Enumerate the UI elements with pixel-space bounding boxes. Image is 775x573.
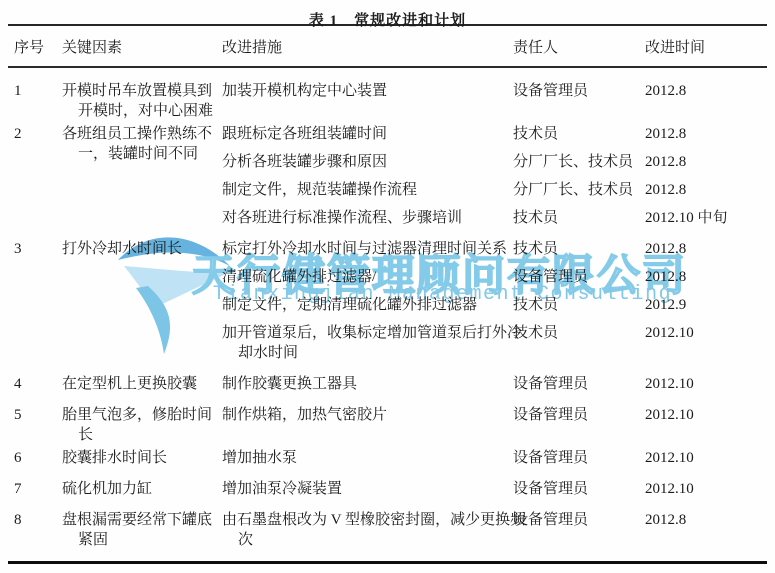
measure-text: 制作烘箱，加热气密胶片 xyxy=(222,405,513,425)
table-header-row: 序号 关键因素 改进措施 责任人 改进时间 xyxy=(8,24,767,68)
time: 2012.10 中旬 xyxy=(645,208,767,228)
factor-cell: 在定型机上更换胶囊 xyxy=(62,374,222,402)
table-row: 3打外冷却水时间长标定打外冷却水时间与过滤器清理时间关系技术员2012.8清理硫… xyxy=(14,239,767,371)
header-num: 序号 xyxy=(14,36,62,57)
table-row: 8盘根漏需要经常下罐底紧固由石墨盘根改为 V 型橡胶密封圈，减少更换频次设备管理… xyxy=(14,510,767,558)
factor-text: 硫化机加力缸 xyxy=(62,479,222,499)
measure-line: 对各班进行标准操作流程、步骤培训 xyxy=(222,208,513,228)
factor-text: 在定型机上更换胶囊 xyxy=(62,374,222,394)
responsible: 分厂厂长、技术员 xyxy=(513,152,645,172)
measure-text: 加开管道泵后，收集标定增加管道泵后打外冷却水时间 xyxy=(222,323,513,363)
measure-line: 加开管道泵后，收集标定增加管道泵后打外冷 xyxy=(222,323,513,343)
measure-row: 制定文件，规范装罐操作流程分厂厂长、技术员2012.8 xyxy=(222,180,767,200)
time: 2012.9 xyxy=(645,295,767,315)
responsible: 设备管理员 xyxy=(513,479,645,499)
factor-text: 打外冷却水时间长 xyxy=(62,239,222,259)
row-number: 4 xyxy=(14,374,62,402)
table-row: 6胶囊排水时间长增加抽水泵设备管理员2012.10 xyxy=(14,448,767,476)
measures-cell: 制作烘箱，加热气密胶片设备管理员2012.10 xyxy=(222,405,767,445)
measure-line: 制定文件，定期清理硫化罐外排过滤器 xyxy=(222,295,513,315)
table-row: 1开模时吊车放置模具到开模时，对中心困难加装开模机构定中心装置设备管理员2012… xyxy=(14,81,767,121)
header-factor: 关键因素 xyxy=(62,36,222,57)
measure-line: 加装开模机构定中心装置 xyxy=(222,81,513,101)
row-number: 7 xyxy=(14,479,62,507)
measure-line: 却水时间 xyxy=(222,343,513,363)
row-number: 3 xyxy=(14,239,62,371)
document-page: 天行健管理顾问有限公司 Tianxingjian Management Cons… xyxy=(0,0,775,573)
row-number: 5 xyxy=(14,405,62,445)
time: 2012.8 xyxy=(645,124,767,144)
measure-row: 加装开模机构定中心装置设备管理员2012.8 xyxy=(222,81,767,101)
measures-cell: 制作胶囊更换工器具设备管理员2012.10 xyxy=(222,374,767,402)
measure-line: 清理硫化罐外排过滤器/ xyxy=(222,267,513,287)
factor-cell: 胎里气泡多，修胎时间长 xyxy=(62,405,222,445)
measure-row: 制作烘箱，加热气密胶片设备管理员2012.10 xyxy=(222,405,767,425)
measure-row: 由石墨盘根改为 V 型橡胶密封圈，减少更换频次设备管理员2012.8 xyxy=(222,510,767,550)
measures-cell: 标定打外冷却水时间与过滤器清理时间关系技术员2012.8清理硫化罐外排过滤器/设… xyxy=(222,239,767,371)
measure-row: 制定文件，定期清理硫化罐外排过滤器技术员2012.9 xyxy=(222,295,767,315)
measure-row: 制作胶囊更换工器具设备管理员2012.10 xyxy=(222,374,767,394)
measure-line: 标定打外冷却水时间与过滤器清理时间关系 xyxy=(222,239,513,259)
responsible: 技术员 xyxy=(513,124,645,144)
responsible: 设备管理员 xyxy=(513,267,645,287)
measure-row: 增加抽水泵设备管理员2012.10 xyxy=(222,448,767,468)
measure-text: 分析各班装罐步骤和原因 xyxy=(222,152,513,172)
measure-text: 增加油泵冷凝装置 xyxy=(222,479,513,499)
factor-text: 盘根漏需要经常下罐底 xyxy=(62,510,222,530)
measure-text: 加装开模机构定中心装置 xyxy=(222,81,513,101)
measure-row: 清理硫化罐外排过滤器/设备管理员2012.8 xyxy=(222,267,767,287)
table-row: 4在定型机上更换胶囊制作胶囊更换工器具设备管理员2012.10 xyxy=(14,374,767,402)
measure-line: 增加油泵冷凝装置 xyxy=(222,479,513,499)
measure-line: 制作胶囊更换工器具 xyxy=(222,374,513,394)
table-row: 5胎里气泡多，修胎时间长制作烘箱，加热气密胶片设备管理员2012.10 xyxy=(14,405,767,445)
measure-line: 增加抽水泵 xyxy=(222,448,513,468)
time: 2012.10 xyxy=(645,323,767,363)
factor-text: 长 xyxy=(62,425,222,445)
table-row: 7硫化机加力缸增加油泵冷凝装置设备管理员2012.10 xyxy=(14,479,767,507)
measures-cell: 增加油泵冷凝装置设备管理员2012.10 xyxy=(222,479,767,507)
factor-text: 一，装罐时间不同 xyxy=(62,144,222,164)
table-title: 表 1 常规改进和计划 xyxy=(0,0,775,24)
factor-cell: 胶囊排水时间长 xyxy=(62,448,222,476)
measure-text: 制作胶囊更换工器具 xyxy=(222,374,513,394)
measures-cell: 由石墨盘根改为 V 型橡胶密封圈，减少更换频次设备管理员2012.8 xyxy=(222,510,767,558)
measure-text: 对各班进行标准操作流程、步骤培训 xyxy=(222,208,513,228)
header-measure: 改进措施 xyxy=(222,36,513,57)
row-number: 2 xyxy=(14,124,62,236)
measure-line: 次 xyxy=(222,530,513,550)
measure-text: 标定打外冷却水时间与过滤器清理时间关系 xyxy=(222,239,513,259)
measure-row: 加开管道泵后，收集标定增加管道泵后打外冷却水时间技术员2012.10 xyxy=(222,323,767,363)
responsible: 设备管理员 xyxy=(513,510,645,550)
measure-row: 跟班标定各班组装罐时间技术员2012.8 xyxy=(222,124,767,144)
time: 2012.8 xyxy=(645,267,767,287)
time: 2012.8 xyxy=(645,180,767,200)
table-row: 2各班组员工操作熟练不一，装罐时间不同跟班标定各班组装罐时间技术员2012.8分… xyxy=(14,124,767,236)
improvement-table: 序号 关键因素 改进措施 责任人 改进时间 1开模时吊车放置模具到开模时，对中心… xyxy=(8,24,767,564)
responsible: 技术员 xyxy=(513,295,645,315)
factor-text: 紧固 xyxy=(62,530,222,550)
measure-row: 分析各班装罐步骤和原因分厂厂长、技术员2012.8 xyxy=(222,152,767,172)
row-number: 1 xyxy=(14,81,62,121)
responsible: 设备管理员 xyxy=(513,448,645,468)
factor-cell: 盘根漏需要经常下罐底紧固 xyxy=(62,510,222,558)
factor-cell: 打外冷却水时间长 xyxy=(62,239,222,371)
responsible: 技术员 xyxy=(513,208,645,228)
time: 2012.8 xyxy=(645,239,767,259)
measure-line: 跟班标定各班组装罐时间 xyxy=(222,124,513,144)
time: 2012.10 xyxy=(645,405,767,425)
measure-text: 制定文件，定期清理硫化罐外排过滤器 xyxy=(222,295,513,315)
measures-cell: 增加抽水泵设备管理员2012.10 xyxy=(222,448,767,476)
header-time: 改进时间 xyxy=(645,36,767,57)
table-body: 1开模时吊车放置模具到开模时，对中心困难加装开模机构定中心装置设备管理员2012… xyxy=(8,68,767,564)
factor-text: 胎里气泡多，修胎时间 xyxy=(62,405,222,425)
measures-cell: 跟班标定各班组装罐时间技术员2012.8分析各班装罐步骤和原因分厂厂长、技术员2… xyxy=(222,124,767,236)
measure-text: 清理硫化罐外排过滤器/ xyxy=(222,267,513,287)
factor-text: 胶囊排水时间长 xyxy=(62,448,222,468)
header-responsible: 责任人 xyxy=(513,36,645,57)
measure-text: 增加抽水泵 xyxy=(222,448,513,468)
measure-text: 跟班标定各班组装罐时间 xyxy=(222,124,513,144)
factor-cell: 各班组员工操作熟练不一，装罐时间不同 xyxy=(62,124,222,236)
time: 2012.10 xyxy=(645,374,767,394)
measure-text: 制定文件，规范装罐操作流程 xyxy=(222,180,513,200)
measure-line: 分析各班装罐步骤和原因 xyxy=(222,152,513,172)
measure-line: 由石墨盘根改为 V 型橡胶密封圈，减少更换频 xyxy=(222,510,513,530)
measure-row: 标定打外冷却水时间与过滤器清理时间关系技术员2012.8 xyxy=(222,239,767,259)
factor-cell: 硫化机加力缸 xyxy=(62,479,222,507)
time: 2012.8 xyxy=(645,510,767,550)
time: 2012.10 xyxy=(645,448,767,468)
measure-line: 制定文件，规范装罐操作流程 xyxy=(222,180,513,200)
factor-text: 各班组员工操作熟练不 xyxy=(62,124,222,144)
time: 2012.10 xyxy=(645,479,767,499)
factor-text: 开模时，对中心困难 xyxy=(62,101,222,121)
measure-row: 增加油泵冷凝装置设备管理员2012.10 xyxy=(222,479,767,499)
factor-cell: 开模时吊车放置模具到开模时，对中心困难 xyxy=(62,81,222,121)
time: 2012.8 xyxy=(645,152,767,172)
measure-text: 由石墨盘根改为 V 型橡胶密封圈，减少更换频次 xyxy=(222,510,513,550)
factor-text: 开模时吊车放置模具到 xyxy=(62,81,222,101)
responsible: 分厂厂长、技术员 xyxy=(513,180,645,200)
row-number: 6 xyxy=(14,448,62,476)
measure-line: 制作烘箱，加热气密胶片 xyxy=(222,405,513,425)
responsible: 设备管理员 xyxy=(513,374,645,394)
row-number: 8 xyxy=(14,510,62,558)
measure-row: 对各班进行标准操作流程、步骤培训技术员2012.10 中旬 xyxy=(222,208,767,228)
time: 2012.8 xyxy=(645,81,767,101)
measures-cell: 加装开模机构定中心装置设备管理员2012.8 xyxy=(222,81,767,121)
responsible: 设备管理员 xyxy=(513,405,645,425)
responsible: 技术员 xyxy=(513,323,645,363)
responsible: 设备管理员 xyxy=(513,81,645,101)
responsible: 技术员 xyxy=(513,239,645,259)
